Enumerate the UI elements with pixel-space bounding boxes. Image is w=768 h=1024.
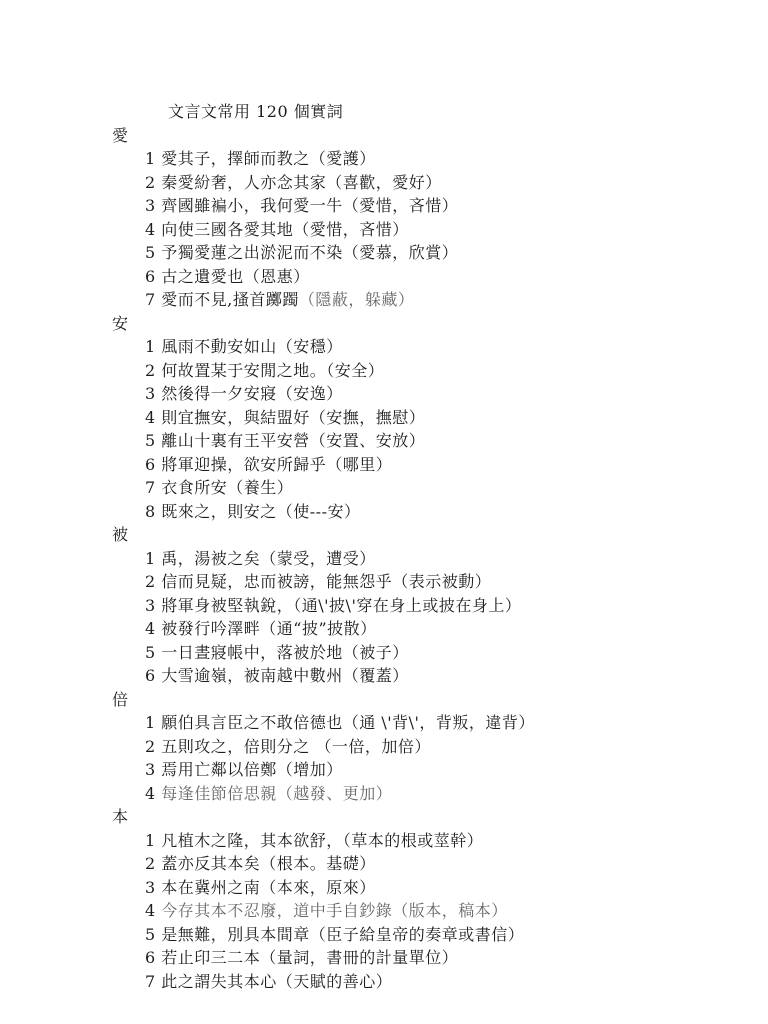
entry-text-light: （隱蔽，躲藏） [299, 290, 415, 309]
section-header-3: 被 [112, 523, 728, 547]
entry-line: 7 愛而不見,搔首躑躅（隱蔽，躲藏） [112, 288, 728, 312]
section-header-5: 本 [112, 805, 728, 829]
entry-number: 2 [145, 361, 161, 380]
entry-line: 2 蓋亦反其本矣（根本。基礎） [112, 852, 728, 876]
entry-text: 秦愛紛奢，人亦念其家（喜歡，愛好） [161, 173, 442, 192]
entry-line: 4 則宜撫安，與結盟好（安撫，撫慰） [112, 406, 728, 430]
entry-line: 3 焉用亡鄰以倍鄭（增加） [112, 758, 728, 782]
entry-line: 5 離山十裏有王平安營（安置、安放） [112, 429, 728, 453]
entry-line: 4 今存其本不忍廢，道中手自鈔錄（版本，稿本） [112, 899, 728, 923]
entry-text: 信而見疑，忠而被謗，能無怨乎（表示被動） [161, 572, 491, 591]
entry-number: 3 [145, 196, 161, 215]
entry-number: 4 [145, 784, 161, 803]
entry-number: 7 [145, 478, 161, 497]
entry-text: 將軍身被堅執銳，（通\'披\'穿在身上或披在身上） [161, 596, 521, 615]
entry-text: 此之謂失其本心（天賦的善心） [161, 972, 392, 991]
entry-line: 5 是無難，別具本間章（臣子給皇帝的奏章或書信） [112, 923, 728, 947]
entry-line: 5 一日晝寢帳中，落被於地（被子） [112, 641, 728, 665]
entry-text: 古之遺愛也（恩惠） [161, 267, 310, 286]
document-page: 文言文常用 120 個實詞 愛1 愛其子，擇師而教之（愛護）2 秦愛紛奢，人亦念… [0, 0, 768, 1024]
entry-text: 予獨愛蓮之出淤泥而不染（愛慕，欣賞） [161, 243, 458, 262]
entry-text: 衣食所安（養生） [161, 478, 293, 497]
entry-text: 蓋亦反其本矣（根本。基礎） [161, 854, 376, 873]
entry-line: 6 古之遺愛也（恩惠） [112, 265, 728, 289]
entry-line: 6 若止印三二本（量詞，書冊的計量單位） [112, 946, 728, 970]
entry-number: 7 [145, 972, 161, 991]
entry-line: 7 衣食所安（養生） [112, 476, 728, 500]
section-header-4: 倍 [112, 688, 728, 712]
entry-number: 5 [145, 925, 161, 944]
entry-line: 3 齊國雖褊小，我何愛一牛（愛惜，吝惜） [112, 194, 728, 218]
entry-line: 2 秦愛紛奢，人亦念其家（喜歡，愛好） [112, 171, 728, 195]
entry-text: 齊國雖褊小，我何愛一牛（愛惜，吝惜） [161, 196, 458, 215]
entry-line: 1 風雨不動安如山（安穩） [112, 335, 728, 359]
entry-line: 5 予獨愛蓮之出淤泥而不染（愛慕，欣賞） [112, 241, 728, 265]
entry-text: 是無難，別具本間章（臣子給皇帝的奏章或書信） [161, 925, 524, 944]
entry-line: 6 將軍迎操，欲安所歸乎（哪里） [112, 453, 728, 477]
entry-text: 風雨不動安如山（安穩） [161, 337, 343, 356]
entry-number: 1 [145, 337, 161, 356]
entry-number: 6 [145, 455, 161, 474]
entry-text: 離山十裏有王平安營（安置、安放） [161, 431, 425, 450]
entry-line: 1 凡植木之隆，其本欲舒，（草本的根或莖幹） [112, 829, 728, 853]
sections-container: 愛1 愛其子，擇師而教之（愛護）2 秦愛紛奢，人亦念其家（喜歡，愛好）3 齊國雖… [112, 124, 728, 994]
entry-number: 4 [145, 619, 161, 638]
entry-number: 6 [145, 666, 161, 685]
entry-text: 何故置某于安閒之地。（安全） [161, 361, 384, 380]
section-header-1: 愛 [112, 124, 728, 148]
entry-line: 6 大雪逾嶺，被南越中數州（覆蓋） [112, 664, 728, 688]
entry-number: 1 [145, 549, 161, 568]
entry-text: 向使三國各愛其地（愛惜，吝惜） [161, 220, 409, 239]
entry-text: 大雪逾嶺，被南越中數州（覆蓋） [161, 666, 409, 685]
page-title: 文言文常用 120 個實詞 [112, 100, 728, 124]
entry-line: 4 被發行吟澤畔（通“披”披散） [112, 617, 728, 641]
entry-line: 2 信而見疑，忠而被謗，能無怨乎（表示被動） [112, 570, 728, 594]
entry-number: 5 [145, 643, 161, 662]
entry-text: 愛而不見,搔首躑躅 [161, 290, 299, 309]
entry-line: 3 將軍身被堅執銳，（通\'披\'穿在身上或披在身上） [112, 594, 728, 618]
entry-text: 五則攻之，倍則分之 （一倍，加倍） [161, 737, 431, 756]
entry-number: 5 [145, 243, 161, 262]
entry-number: 4 [145, 901, 161, 920]
entry-number: 2 [145, 572, 161, 591]
entry-line: 1 禹，湯被之矣（蒙受，遭受） [112, 547, 728, 571]
entry-text: 若止印三二本（量詞，書冊的計量單位） [161, 948, 458, 967]
entry-text: 一日晝寢帳中，落被於地（被子） [161, 643, 409, 662]
entry-number: 6 [145, 948, 161, 967]
entry-text-light: 今存其本不忍廢，道中手自鈔錄（版本，稿本） [161, 901, 508, 920]
entry-number: 1 [145, 713, 161, 732]
entry-text: 則宜撫安，與結盟好（安撫，撫慰） [161, 408, 425, 427]
entry-text: 既來之，則安之（使---安） [161, 502, 360, 521]
entry-text: 被發行吟澤畔（通“披”披散） [161, 619, 376, 638]
entry-line: 1 愛其子，擇師而教之（愛護） [112, 147, 728, 171]
entry-number: 1 [145, 831, 161, 850]
entry-text: 凡植木之隆，其本欲舒，（草本的根或莖幹） [161, 831, 483, 850]
entry-number: 5 [145, 431, 161, 450]
entry-number: 4 [145, 408, 161, 427]
entry-line: 3 本在冀州之南（本來，原來） [112, 876, 728, 900]
entry-number: 6 [145, 267, 161, 286]
entry-line: 2 何故置某于安閒之地。（安全） [112, 359, 728, 383]
entry-number: 2 [145, 173, 161, 192]
entry-number: 3 [145, 596, 161, 615]
entry-number: 4 [145, 220, 161, 239]
entry-number: 2 [145, 854, 161, 873]
entry-line: 4 每逢佳節倍思親（越發、更加） [112, 782, 728, 806]
entry-line: 3 然後得一夕安寢（安逸） [112, 382, 728, 406]
entry-line: 7 此之謂失其本心（天賦的善心） [112, 970, 728, 994]
entry-text-light: 每逢佳節倍思親（越發、更加） [161, 784, 392, 803]
entry-line: 2 五則攻之，倍則分之 （一倍，加倍） [112, 735, 728, 759]
entry-number: 3 [145, 384, 161, 403]
entry-line: 1 願伯具言臣之不敢倍德也（通 \'背\'，背叛，違背） [112, 711, 728, 735]
entry-number: 8 [145, 502, 161, 521]
entry-number: 7 [145, 290, 161, 309]
entry-number: 3 [145, 878, 161, 897]
entry-line: 4 向使三國各愛其地（愛惜，吝惜） [112, 218, 728, 242]
entry-number: 3 [145, 760, 161, 779]
entry-number: 1 [145, 149, 161, 168]
entry-text: 愛其子，擇師而教之（愛護） [161, 149, 376, 168]
section-header-2: 安 [112, 312, 728, 336]
entry-text: 願伯具言臣之不敢倍德也（通 \'背\'，背叛，違背） [161, 713, 535, 732]
entry-text: 將軍迎操，欲安所歸乎（哪里） [161, 455, 392, 474]
entry-number: 2 [145, 737, 161, 756]
entry-text: 然後得一夕安寢（安逸） [161, 384, 343, 403]
entry-line: 8 既來之，則安之（使---安） [112, 500, 728, 524]
entry-text: 禹，湯被之矣（蒙受，遭受） [161, 549, 376, 568]
entry-text: 焉用亡鄰以倍鄭（增加） [161, 760, 343, 779]
document-body: 文言文常用 120 個實詞 愛1 愛其子，擇師而教之（愛護）2 秦愛紛奢，人亦念… [112, 100, 728, 993]
entry-text: 本在冀州之南（本來，原來） [161, 878, 376, 897]
